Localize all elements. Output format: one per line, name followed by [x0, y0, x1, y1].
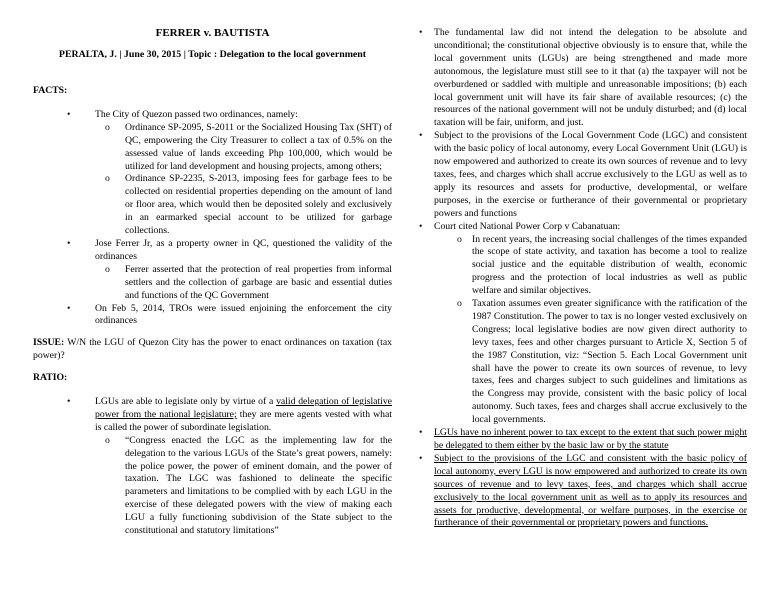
bullet-text: LGUs are able to legislate only by virtu…: [95, 396, 392, 435]
bullet-item: •Court cited National Power Corp v Caban…: [407, 221, 747, 234]
right-column: •The fundamental law did not intend the …: [407, 27, 747, 586]
ratio-list-left: •LGUs are able to legislate only by virt…: [33, 396, 392, 538]
bullet-marker: •: [419, 453, 434, 466]
bullet-marker: •: [419, 27, 434, 40]
facts-heading: FACTS:: [33, 85, 392, 98]
ratio-list-right: •The fundamental law did not intend the …: [407, 27, 747, 530]
sub-bullet-item: oTaxation assumes even greater significa…: [407, 298, 747, 427]
bullet-marker: •: [67, 303, 95, 316]
bullet-text: Jose Ferrer Jr, as a property owner in Q…: [95, 238, 392, 264]
bullet-marker: •: [419, 130, 434, 143]
bullet-item: •The fundamental law did not intend the …: [407, 27, 747, 130]
sub-bullet-item: oIn recent years, the increasing social …: [407, 234, 747, 299]
bullet-item: •On Feb 5, 2014, TROs were issued enjoin…: [33, 303, 392, 329]
sub-bullet-marker: o: [105, 435, 125, 448]
sub-bullet-item: oOrdinance SP-2095, S-2011 or the Social…: [33, 122, 392, 174]
bullet-item: •LGUs have no inherent power to tax exce…: [407, 427, 747, 453]
bullet-item: •Jose Ferrer Jr, as a property owner in …: [33, 238, 392, 264]
sub-bullet-marker: o: [457, 234, 472, 247]
bullet-marker: •: [67, 396, 95, 409]
bullet-text: Ordinance SP-2095, S-2011 or the Sociali…: [125, 122, 392, 174]
bullet-text: The City of Quezon passed two ordinances…: [95, 109, 392, 122]
sub-bullet-item: oOrdinance SP-2235, S-2013, imposing fee…: [33, 173, 392, 238]
bullet-text: Subject to the provisions of the LGC and…: [434, 453, 747, 530]
bullet-marker: •: [419, 427, 434, 440]
sub-bullet-marker: o: [105, 122, 125, 135]
bullet-text: “Congress enacted the LGC as the impleme…: [125, 435, 392, 538]
facts-list: •The City of Quezon passed two ordinance…: [33, 109, 392, 328]
case-byline: PERALTA, J. | June 30, 2015 | Topic : De…: [33, 48, 392, 61]
sub-bullet-marker: o: [105, 264, 125, 277]
bullet-text: Ferrer asserted that the protection of r…: [125, 264, 392, 303]
bullet-marker: •: [67, 238, 95, 251]
bullet-text: In recent years, the increasing social c…: [472, 234, 747, 299]
bullet-text: Ordinance SP-2235, S-2013, imposing fees…: [125, 173, 392, 238]
ratio-heading: RATIO:: [33, 372, 392, 385]
bullet-item: •Subject to the provisions of the Local …: [407, 130, 747, 220]
document-page: FERRER v. BAUTISTA PERALTA, J. | June 30…: [0, 0, 768, 594]
bullet-item: •The City of Quezon passed two ordinance…: [33, 109, 392, 122]
bullet-text: Taxation assumes even greater significan…: [472, 298, 747, 427]
sub-bullet-marker: o: [105, 173, 125, 186]
bullet-marker: •: [67, 109, 95, 122]
bullet-marker: •: [419, 221, 434, 234]
left-column: FERRER v. BAUTISTA PERALTA, J. | June 30…: [33, 27, 392, 586]
issue-label: ISSUE:: [33, 337, 64, 348]
bullet-text: Subject to the provisions of the Local G…: [434, 130, 747, 220]
bullet-item: •LGUs are able to legislate only by virt…: [33, 396, 392, 435]
sub-bullet-item: o“Congress enacted the LGC as the implem…: [33, 435, 392, 538]
sub-bullet-marker: o: [457, 298, 472, 311]
bullet-text: Court cited National Power Corp v Cabana…: [434, 221, 747, 234]
issue-text: W/N the LGU of Quezon City has the power…: [33, 337, 392, 361]
bullet-item: •Subject to the provisions of the LGC an…: [407, 453, 747, 530]
bullet-text: On Feb 5, 2014, TROs were issued enjoini…: [95, 303, 392, 329]
case-title: FERRER v. BAUTISTA: [33, 27, 392, 40]
sub-bullet-item: oFerrer asserted that the protection of …: [33, 264, 392, 303]
bullet-text: The fundamental law did not intend the d…: [434, 27, 747, 130]
bullet-text: LGUs have no inherent power to tax excep…: [434, 427, 747, 453]
issue-paragraph: ISSUE: W/N the LGU of Quezon City has th…: [33, 337, 392, 363]
